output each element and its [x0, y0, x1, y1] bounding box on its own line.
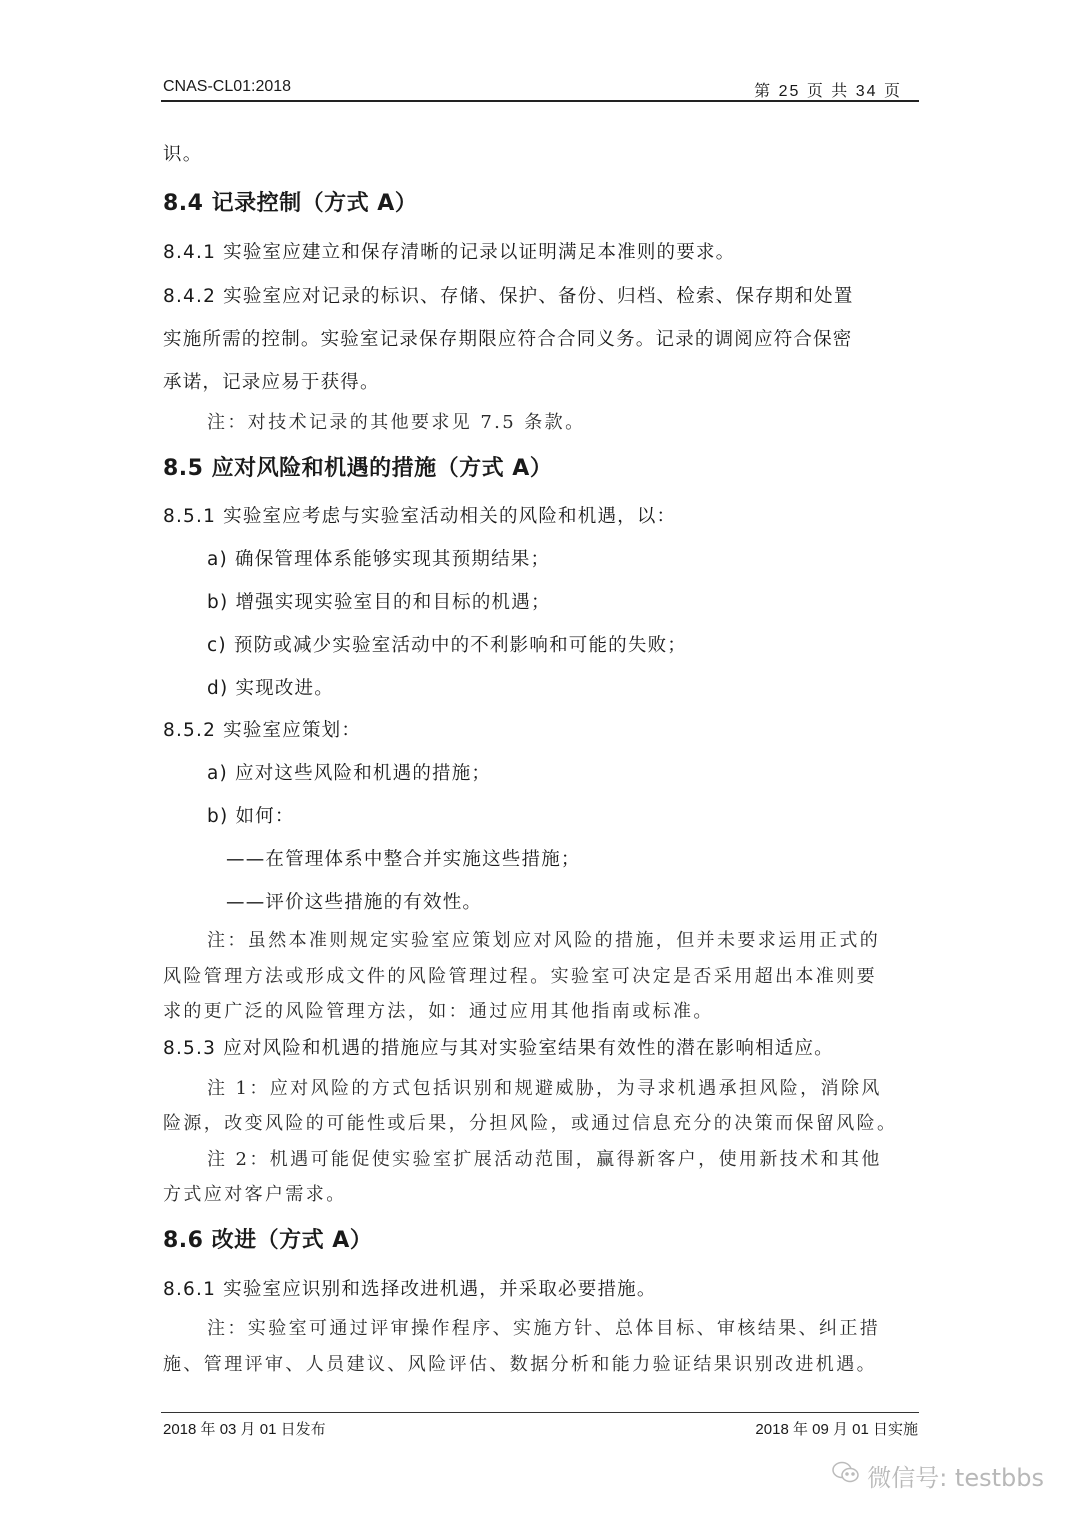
- clause-8-4-1: 8.4.1 实验室应建立和保存清晰的记录以证明满足本准则的要求。: [163, 238, 735, 264]
- note-8-6-1-line1: 注：实验室可通过评审操作程序、实施方针、总体目标、审核结果、纠正措: [207, 1314, 880, 1340]
- note-8-4: 注：对技术记录的其他要求见 7.5 条款。: [207, 408, 585, 434]
- clause-8-5-2: 8.5.2 实验室应策划：: [163, 716, 361, 742]
- wechat-icon: [831, 1460, 861, 1492]
- list-item: a) 应对这些风险和机遇的措施；: [207, 759, 491, 785]
- note-8-5-2-line1: 注：虽然本准则规定实验室应策划应对风险的措施，但并未要求运用正式的: [207, 926, 880, 952]
- list-item: a) 确保管理体系能够实现其预期结果；: [207, 545, 550, 571]
- note1-8-5-3-line2: 险源，改变风险的可能性或后果，分担风险，或通过信息充分的决策而保留风险。: [163, 1109, 897, 1135]
- clause-8-4-2-line2: 实施所需的控制。实验室记录保存期限应符合合同义务。记录的调阅应符合保密: [163, 325, 853, 351]
- note-8-6-1-line2: 施、管理评审、人员建议、风险评估、数据分析和能力验证结果识别改进机遇。: [163, 1350, 877, 1376]
- list-item: b) 如何：: [207, 802, 295, 828]
- note2-8-5-3-line1: 注 2：机遇可能促使实验室扩展活动范围，赢得新客户，使用新技术和其他: [207, 1145, 882, 1171]
- note1-8-5-3-line1: 注 1：应对风险的方式包括识别和规避威胁，为寻求机遇承担风险，消除风: [207, 1074, 882, 1100]
- list-item: d) 实现改进。: [207, 674, 334, 700]
- note2-8-5-3-line2: 方式应对客户需求。: [163, 1180, 347, 1206]
- header-divider: [161, 100, 919, 102]
- note-8-5-2-line3: 求的更广泛的风险管理方法，如：通过应用其他指南或标准。: [163, 997, 714, 1023]
- issue-date: 2018 年 03 月 01 日发布: [163, 1418, 326, 1439]
- clause-8-4-2-line3: 承诺，记录应易于获得。: [163, 368, 380, 394]
- list-item: c) 预防或减少实验室活动中的不利影响和可能的失败；: [207, 631, 687, 657]
- clause-8-6-1: 8.6.1 实验室应识别和选择改进机遇，并采取必要措施。: [163, 1275, 657, 1301]
- page-info: 第 25 页 共 34 页: [754, 78, 902, 101]
- list-item: b) 增强实现实验室目的和目标的机遇；: [207, 588, 551, 614]
- clause-8-5-1: 8.5.1 实验室应考虑与实验室活动相关的风险和机遇，以：: [163, 502, 676, 528]
- dash-item: ——评价这些措施的有效性。: [226, 888, 482, 914]
- dash-item: ——在管理体系中整合并实施这些措施；: [226, 845, 581, 871]
- section-8-4-title: 8.4 记录控制（方式 A）: [163, 186, 417, 217]
- watermark: 微信号: testbbs: [831, 1458, 1044, 1493]
- section-8-5-title: 8.5 应对风险和机遇的措施（方式 A）: [163, 451, 552, 482]
- watermark-text: 微信号: testbbs: [867, 1458, 1044, 1493]
- effective-date: 2018 年 09 月 01 日实施: [755, 1418, 918, 1439]
- clause-8-4-2-line1: 8.4.2 实验室应对记录的标识、存储、保护、备份、归档、检索、保存期和处置: [163, 282, 854, 308]
- carryover-text: 识。: [163, 140, 202, 166]
- clause-8-5-3: 8.5.3 应对风险和机遇的措施应与其对实验室结果有效性的潜在影响相适应。: [163, 1034, 834, 1060]
- section-8-6-title: 8.6 改进（方式 A）: [163, 1223, 372, 1254]
- doc-id: CNAS-CL01:2018: [163, 78, 291, 96]
- note-8-5-2-line2: 风险管理方法或形成文件的风险管理过程。实验室可决定是否采用超出本准则要: [163, 962, 877, 988]
- footer-divider: [161, 1412, 919, 1413]
